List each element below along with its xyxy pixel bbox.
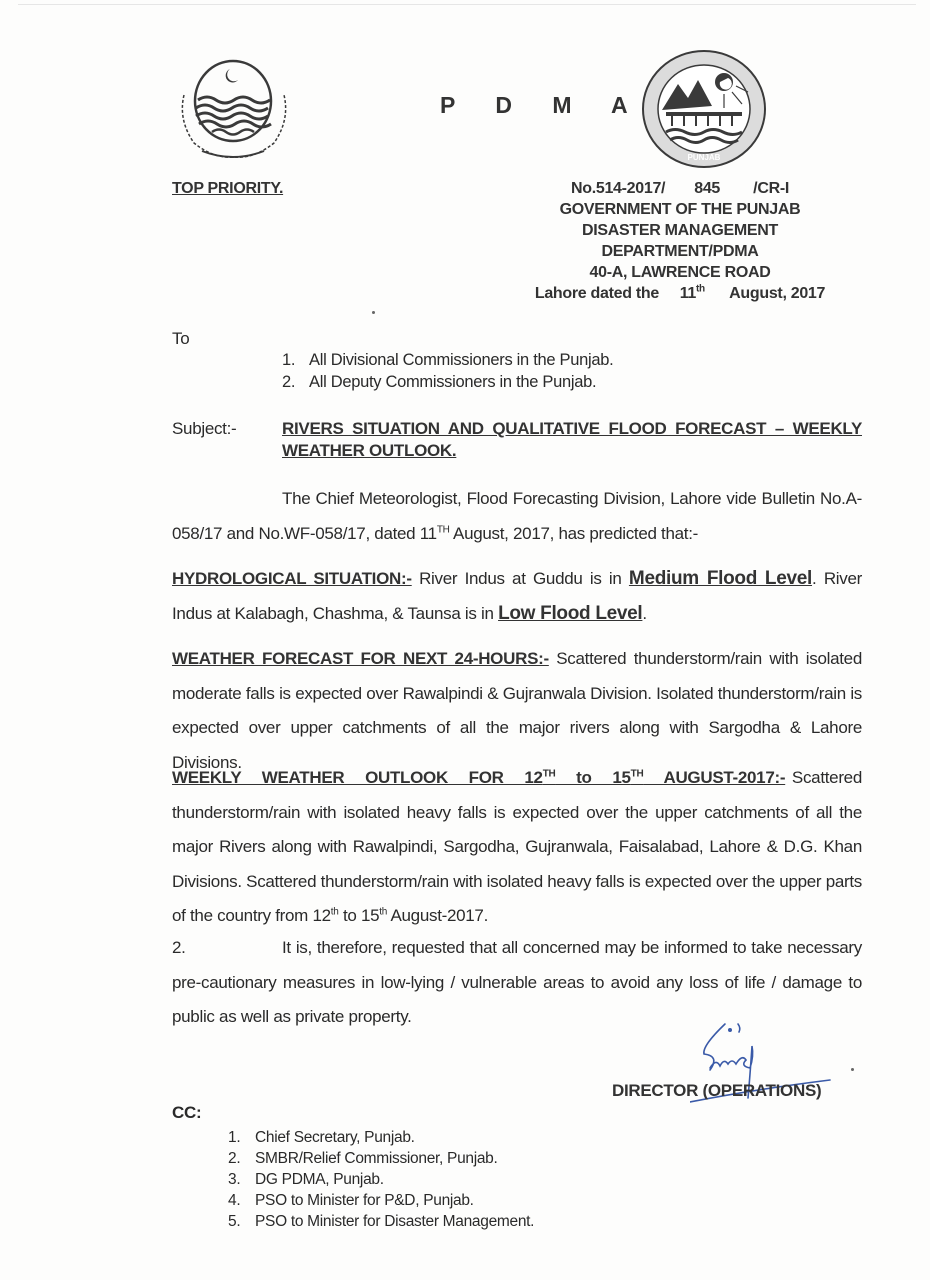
signatory-designation: DIRECTOR (OPERATIONS) — [612, 1081, 821, 1101]
svg-text:PUNJAB: PUNJAB — [688, 153, 721, 162]
letter-page: P D M A PUNJAB TOP PRIORITY. No.514-2017… — [0, 0, 930, 1280]
hydrological-paragraph: HYDROLOGICAL SITUATION:- River Indus at … — [172, 562, 862, 631]
list-item: 5.PSO to Minister for Disaster Managemen… — [228, 1211, 534, 1232]
scan-speck — [851, 1068, 854, 1071]
weekly-outlook-heading: WEEKLY WEATHER OUTLOOK FOR 12TH to 15TH … — [172, 768, 785, 787]
to-label: To — [172, 329, 189, 349]
forecast-24h-paragraph: WEATHER FORECAST FOR NEXT 24-HOURS:- Sca… — [172, 642, 862, 780]
scan-speck — [372, 311, 375, 314]
reference-number: No.514-2017/ 845 /CR-I — [520, 178, 840, 199]
subject-label: Subject:- — [172, 419, 236, 439]
org-line: DISASTER MANAGEMENT — [520, 220, 840, 241]
forecast-heading: WEATHER FORECAST FOR NEXT 24-HOURS:- — [172, 649, 549, 668]
reference-block: No.514-2017/ 845 /CR-I GOVERNMENT OF THE… — [520, 178, 840, 304]
date-line: Lahore dated the 11th August, 2017 — [520, 283, 840, 304]
hydrological-heading: HYDROLOGICAL SITUATION:- — [172, 569, 412, 588]
org-line: 40-A, LAWRENCE ROAD — [520, 262, 840, 283]
flood-level-medium: Medium Flood Level — [629, 568, 812, 589]
pdma-seal-icon: PUNJAB — [640, 48, 768, 170]
priority-label: TOP PRIORITY. — [172, 180, 283, 198]
list-item: 1.Chief Secretary, Punjab. — [228, 1127, 534, 1148]
list-item: 1.All Divisional Commissioners in the Pu… — [282, 349, 613, 371]
addressee-list: 1.All Divisional Commissioners in the Pu… — [282, 349, 613, 393]
subject-text: RIVERS SITUATION AND QUALITATIVE FLOOD F… — [282, 418, 862, 462]
signature-icon — [690, 1018, 840, 1118]
list-item: 3.DG PDMA, Punjab. — [228, 1169, 534, 1190]
list-item: 2.SMBR/Relief Commissioner, Punjab. — [228, 1148, 534, 1169]
org-line: DEPARTMENT/PDMA — [520, 241, 840, 262]
page-edge — [18, 4, 916, 5]
cc-label: CC: — [172, 1103, 201, 1123]
list-item: 4.PSO to Minister for P&D, Punjab. — [228, 1190, 534, 1211]
intro-paragraph: The Chief Meteorologist, Flood Forecasti… — [172, 482, 862, 551]
cc-list: 1.Chief Secretary, Punjab. 2.SMBR/Relief… — [228, 1127, 534, 1232]
flood-level-low: Low Flood Level — [498, 603, 642, 624]
list-item: 2.All Deputy Commissioners in the Punjab… — [282, 371, 613, 393]
punjab-emblem-icon — [172, 55, 294, 163]
weekly-outlook-paragraph: WEEKLY WEATHER OUTLOOK FOR 12TH to 15TH … — [172, 761, 862, 934]
pdma-title: P D M A — [440, 92, 645, 119]
org-line: GOVERNMENT OF THE PUNJAB — [520, 199, 840, 220]
